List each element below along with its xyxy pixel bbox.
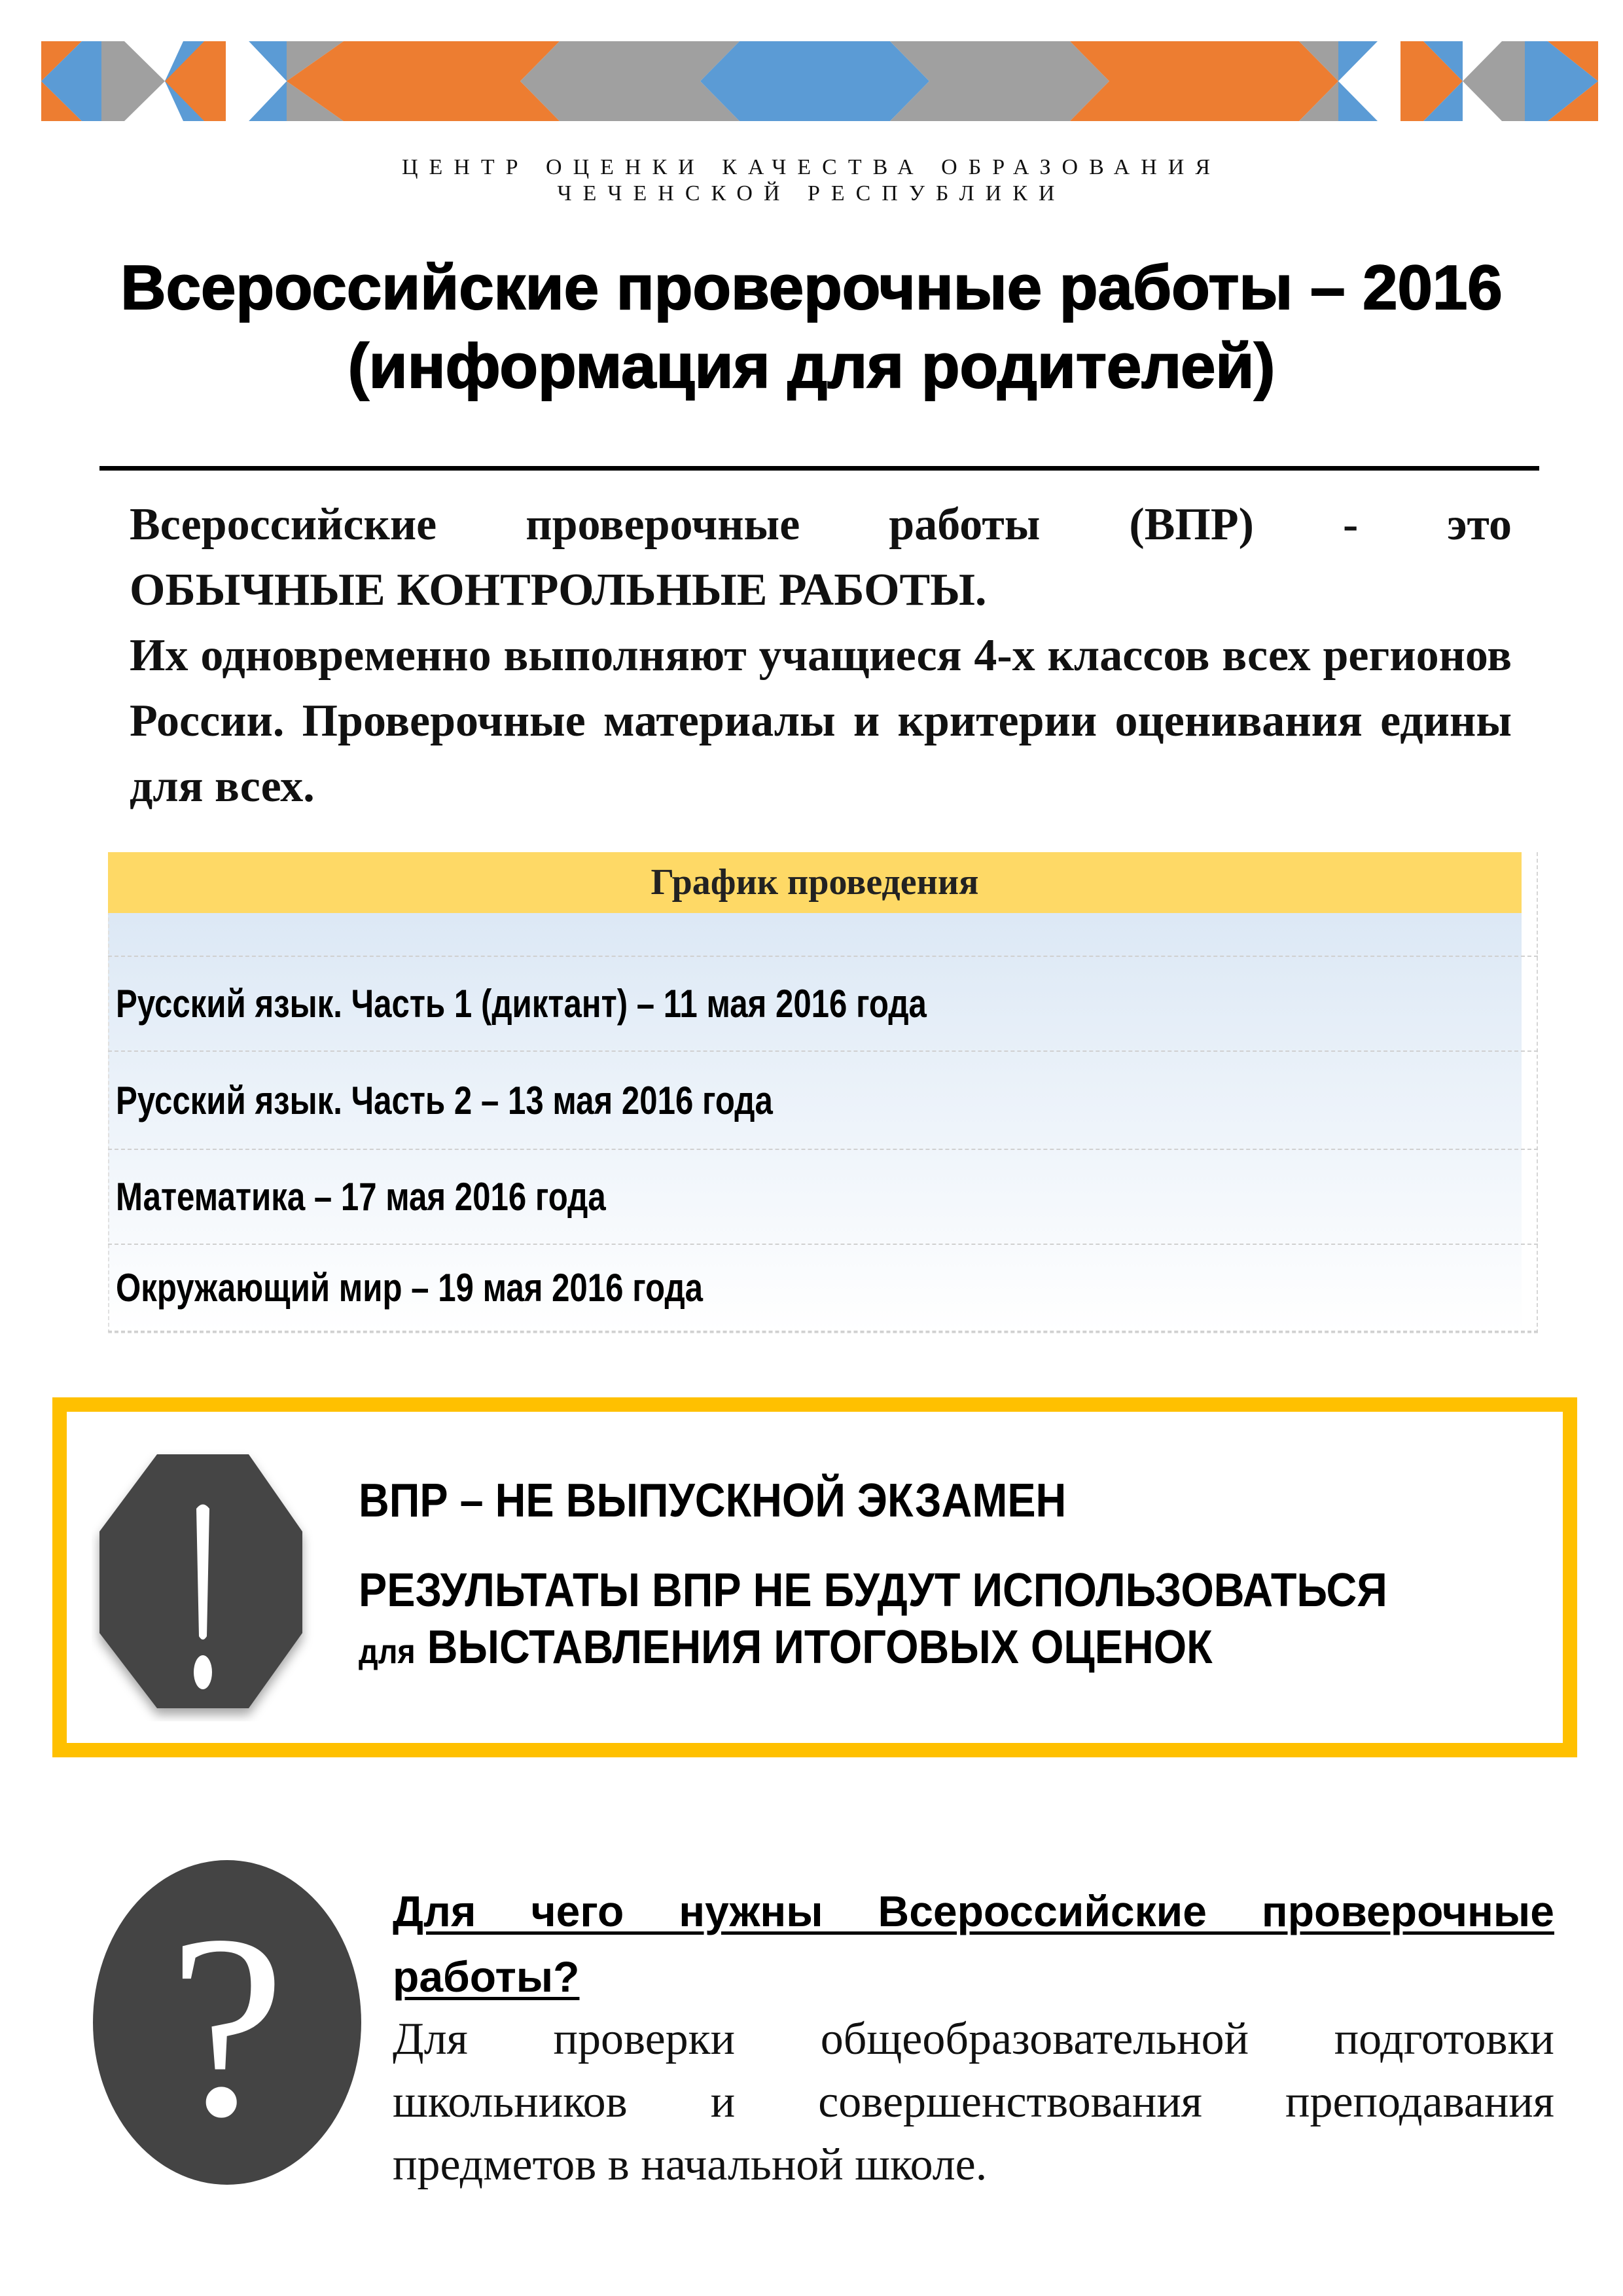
schedule-row-text: Окружающий мир – 19 мая 2016 года <box>116 1265 703 1310</box>
warning-line1: ВПР – НЕ ВЫПУСКНОЙ ЭКЗАМЕН <box>359 1471 1145 1530</box>
intro-paragraph: Всероссийские проверочные работы (ВПР) -… <box>130 492 1512 819</box>
decorative-banner <box>0 0 1623 164</box>
schedule-row: Окружающий мир – 19 мая 2016 года <box>108 1244 1538 1332</box>
purpose-body: Для проверки общеобразовательной подгото… <box>393 2008 1554 2197</box>
divider-rule <box>99 466 1539 471</box>
schedule-table-header: График проведения <box>108 852 1522 913</box>
schedule-row-text: Русский язык. Часть 1 (диктант) – 11 мая… <box>116 981 927 1026</box>
warning-line3: для ВЫСТАВЛЕНИЯ ИТОГОВЫХ ОЦЕНОК <box>359 1618 1308 1681</box>
schedule-row: Русский язык. Часть 2 – 13 мая 2016 года <box>108 1050 1538 1149</box>
page-title-line2: (информация для родителей) <box>0 327 1623 406</box>
warning-line1-text: ВПР – НЕ ВЫПУСКНОЙ ЭКЗАМЕН <box>359 1471 1066 1530</box>
question-circle-icon: ? <box>92 1859 363 2186</box>
schedule-row-text: Математика – 17 мая 2016 года <box>116 1174 606 1219</box>
intro-emphasis-period: . <box>975 565 987 615</box>
intro-text: Их одновременно выполняют учащиеся 4-х к… <box>130 623 1512 819</box>
intro-emphasis-line: ОБЫЧНЫЕ КОНТРОЛЬНЫЕ РАБОТЫ. <box>130 558 1512 623</box>
organization-name-line1: ЦЕНТР ОЦЕНКИ КАЧЕСТВА ОБРАЗОВАНИЯ <box>0 154 1623 181</box>
page-title-line1: Всероссийские проверочные работы – 2016 <box>0 249 1623 327</box>
intro-line1: Всероссийские проверочные работы (ВПР) -… <box>130 492 1512 558</box>
schedule-row: Математика – 17 мая 2016 года <box>108 1149 1538 1244</box>
warning-line2-text: РЕЗУЛЬТАТЫ ВПР НЕ БУДУТ ИСПОЛЬЗОВАТЬСЯ <box>359 1561 1387 1620</box>
svg-text:?: ? <box>169 1881 285 2171</box>
schedule-row: Русский язык. Часть 1 (диктант) – 11 мая… <box>108 956 1538 1050</box>
purpose-heading: Для чего нужны Всероссийские проверочные… <box>393 1878 1554 2009</box>
organization-name-line2: ЧЕЧЕНСКОЙ РЕСПУБЛИКИ <box>0 181 1623 207</box>
schedule-row-text: Русский язык. Часть 2 – 13 мая 2016 года <box>116 1078 773 1123</box>
intro-emphasis: ОБЫЧНЫЕ КОНТРОЛЬНЫЕ РАБОТЫ <box>130 565 975 615</box>
warning-line3-main: ВЫСТАВЛЕНИЯ ИТОГОВЫХ ОЦЕНОК <box>427 1621 1213 1674</box>
warning-line2: РЕЗУЛЬТАТЫ ВПР НЕ БУДУТ ИСПОЛЬЗОВАТЬСЯ <box>359 1561 1501 1620</box>
exclamation-octagon-icon <box>92 1446 314 1721</box>
warning-line3-prefix: для <box>359 1633 416 1671</box>
